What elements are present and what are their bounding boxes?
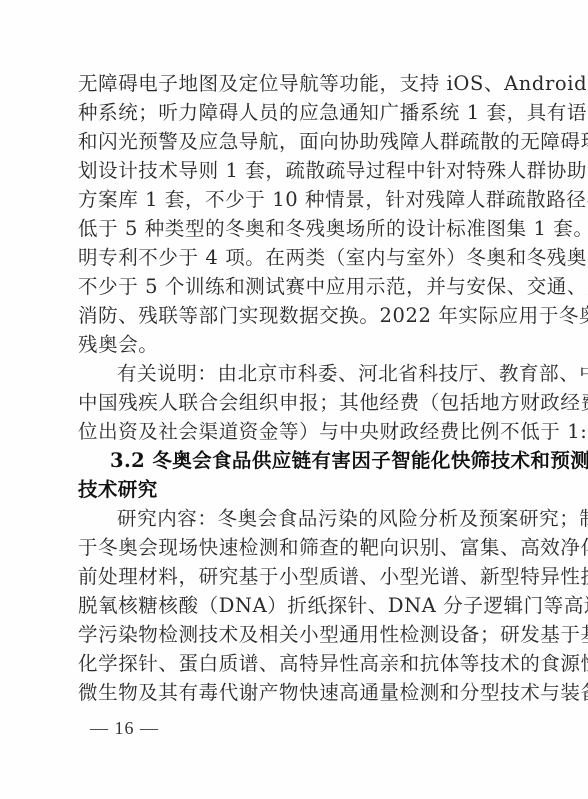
page-number: — 16 — [90,718,159,739]
body-text-line: 消防、残联等部门实现数据交换。2022 年实际应用于冬奥会和冬 [78,304,518,328]
body-text-line: 方案库 1 套，不少于 10 种情景，针对残障人群疏散路径与空间不 [78,188,518,212]
body-text-line: 化学探针、蛋白质谱、高特异性高亲和抗体等技术的食源性致病 [78,652,518,676]
body-text-line: 前处理材料，研究基于小型质谱、小型光谱、新型特异性抗体、 [78,565,518,589]
body-text-line: 划设计技术导则 1 套，疏散疏导过程中针对特殊人群协助的处置 [78,159,518,183]
body-text-line: 学污染物检测技术及相关小型通用性检测设备；研发基于基因和 [78,623,518,647]
body-text-line: 于冬奥会现场快速检测和筛查的靶向识别、富集、高效净化样品 [78,536,518,560]
body-text-line: 残奥会。 [78,333,518,357]
body-text-line: 低于 5 种类型的冬奥和冬残奥场所的设计标准图集 1 套。申请发 [78,217,518,241]
section-heading: 3.2 冬奥会食品供应链有害因子智能化快筛技术和预测预警 [110,449,518,473]
body-text-line: 中国残疾人联合会组织申报；其他经费（包括地方财政经费、单 [78,391,518,415]
note-paragraph-first-line: 有关说明：由北京市科委、河北省科技厅、教育部、中科院、 [117,362,518,386]
body-text-line: 微生物及其有毒代谢产物快速高通量检测和分型技术与装备；研 [78,681,518,705]
research-content-first-line: 研究内容：冬奥会食品污染的风险分析及预案研究；制备适 [117,507,518,531]
body-text-line: 不少于 5 个训练和测试赛中应用示范，并与安保、交通、应急、 [78,275,518,299]
body-text-line: 明专利不少于 4 项。在两类（室内与室外）冬奥和冬残奥场所及 [78,246,518,270]
document-page: 无障碍电子地图及定位导航等功能，支持 iOS、Android 和鸿蒙三 种系统；… [0,0,588,799]
body-text-line: 和闪光预警及应急导航，面向协助残障人群疏散的无障碍环境规 [78,130,518,154]
body-text-line: 位出资及社会渠道资金等）与中央财政经费比例不低于 1:1。 [78,420,518,444]
body-text-line: 脱氧核糖核酸（DNA）折纸探针、DNA 分子逻辑门等高通量化 [78,594,518,618]
body-text-line: 无障碍电子地图及定位导航等功能，支持 iOS、Android 和鸿蒙三 [78,72,518,96]
body-text-line: 种系统；听力障碍人员的应急通知广播系统 1 套，具有语言显示 [78,101,518,125]
section-heading-continued: 技术研究 [78,478,518,502]
